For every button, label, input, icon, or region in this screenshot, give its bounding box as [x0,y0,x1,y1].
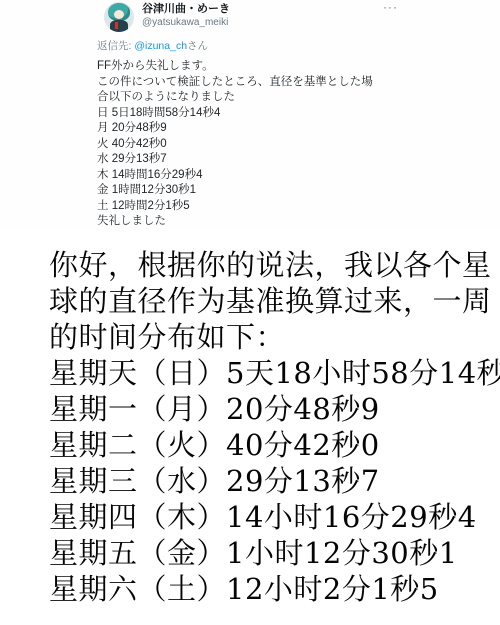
tweet-body-line: 合以下のようになりました [97,90,413,106]
translation-line: 球的直径作为基准换算过来，一周 [49,283,489,319]
translation-line: 星期天（日）5天18小时58分14秒4 [49,355,489,391]
tweet-body: FF外から失礼します。この件について検証したところ、直径を基準とした場合以下のよ… [97,59,413,230]
reply-prefix: 返信先: [97,40,134,52]
tweet-card: 谷津川曲・めーき @yatsukawa_meiki ··· 返信先: @izun… [0,0,500,230]
translation-line: 星期一（月）20分48秒9 [49,391,489,427]
translation-line: 的时间分布如下： [49,319,489,355]
translation-line: 星期五（金）1小时12分30秒1 [49,535,489,571]
reply-suffix: さん [187,40,208,52]
tweet-body-line: FF外から失礼します。 [97,59,413,75]
tweet-body-line: 火 40分42秒0 [97,137,413,153]
translation-line: 星期三（水）29分13秒7 [49,463,489,499]
name-block: 谷津川曲・めーき @yatsukawa_meiki [142,2,230,29]
reply-context: 返信先: @izuna_chさん [97,40,500,53]
avatar[interactable] [104,2,134,32]
translation-line: 你好，根据你的说法，我以各个星 [49,247,489,283]
tweet-body-line: 失礼しました [97,214,413,230]
tweet-body-line: 金 1時間12分30秒1 [97,183,413,199]
avatar-tie [115,22,118,29]
display-name[interactable]: 谷津川曲・めーき [142,3,230,16]
more-icon[interactable]: ··· [383,1,398,13]
avatar-face [114,10,124,19]
tweet-body-line: 木 14時間16分29秒4 [97,168,413,184]
tweet-body-line: 日 5日18時間58分14秒4 [97,106,413,122]
translation-text: 你好，根据你的说法，我以各个星球的直径作为基准换算过来，一周的时间分布如下：星期… [49,247,489,607]
translation-line: 星期四（木）14小时16分29秒4 [49,499,489,535]
tweet-body-line: この件について検証したところ、直径を基準とした場 [97,75,413,91]
reply-mention-link[interactable]: @izuna_ch [134,40,187,52]
tweet-header: 谷津川曲・めーき @yatsukawa_meiki [104,2,500,34]
translation-line: 星期六（土）12小时2分1秒5 [49,571,489,607]
tweet-body-line: 水 29分13秒7 [97,152,413,168]
user-handle[interactable]: @yatsukawa_meiki [142,17,230,29]
avatar-body [110,20,128,32]
translation-line: 星期二（火）40分42秒0 [49,427,489,463]
tweet-body-line: 月 20分48秒9 [97,121,413,137]
tweet-body-line: 土 12時間2分1秒5 [97,199,413,215]
